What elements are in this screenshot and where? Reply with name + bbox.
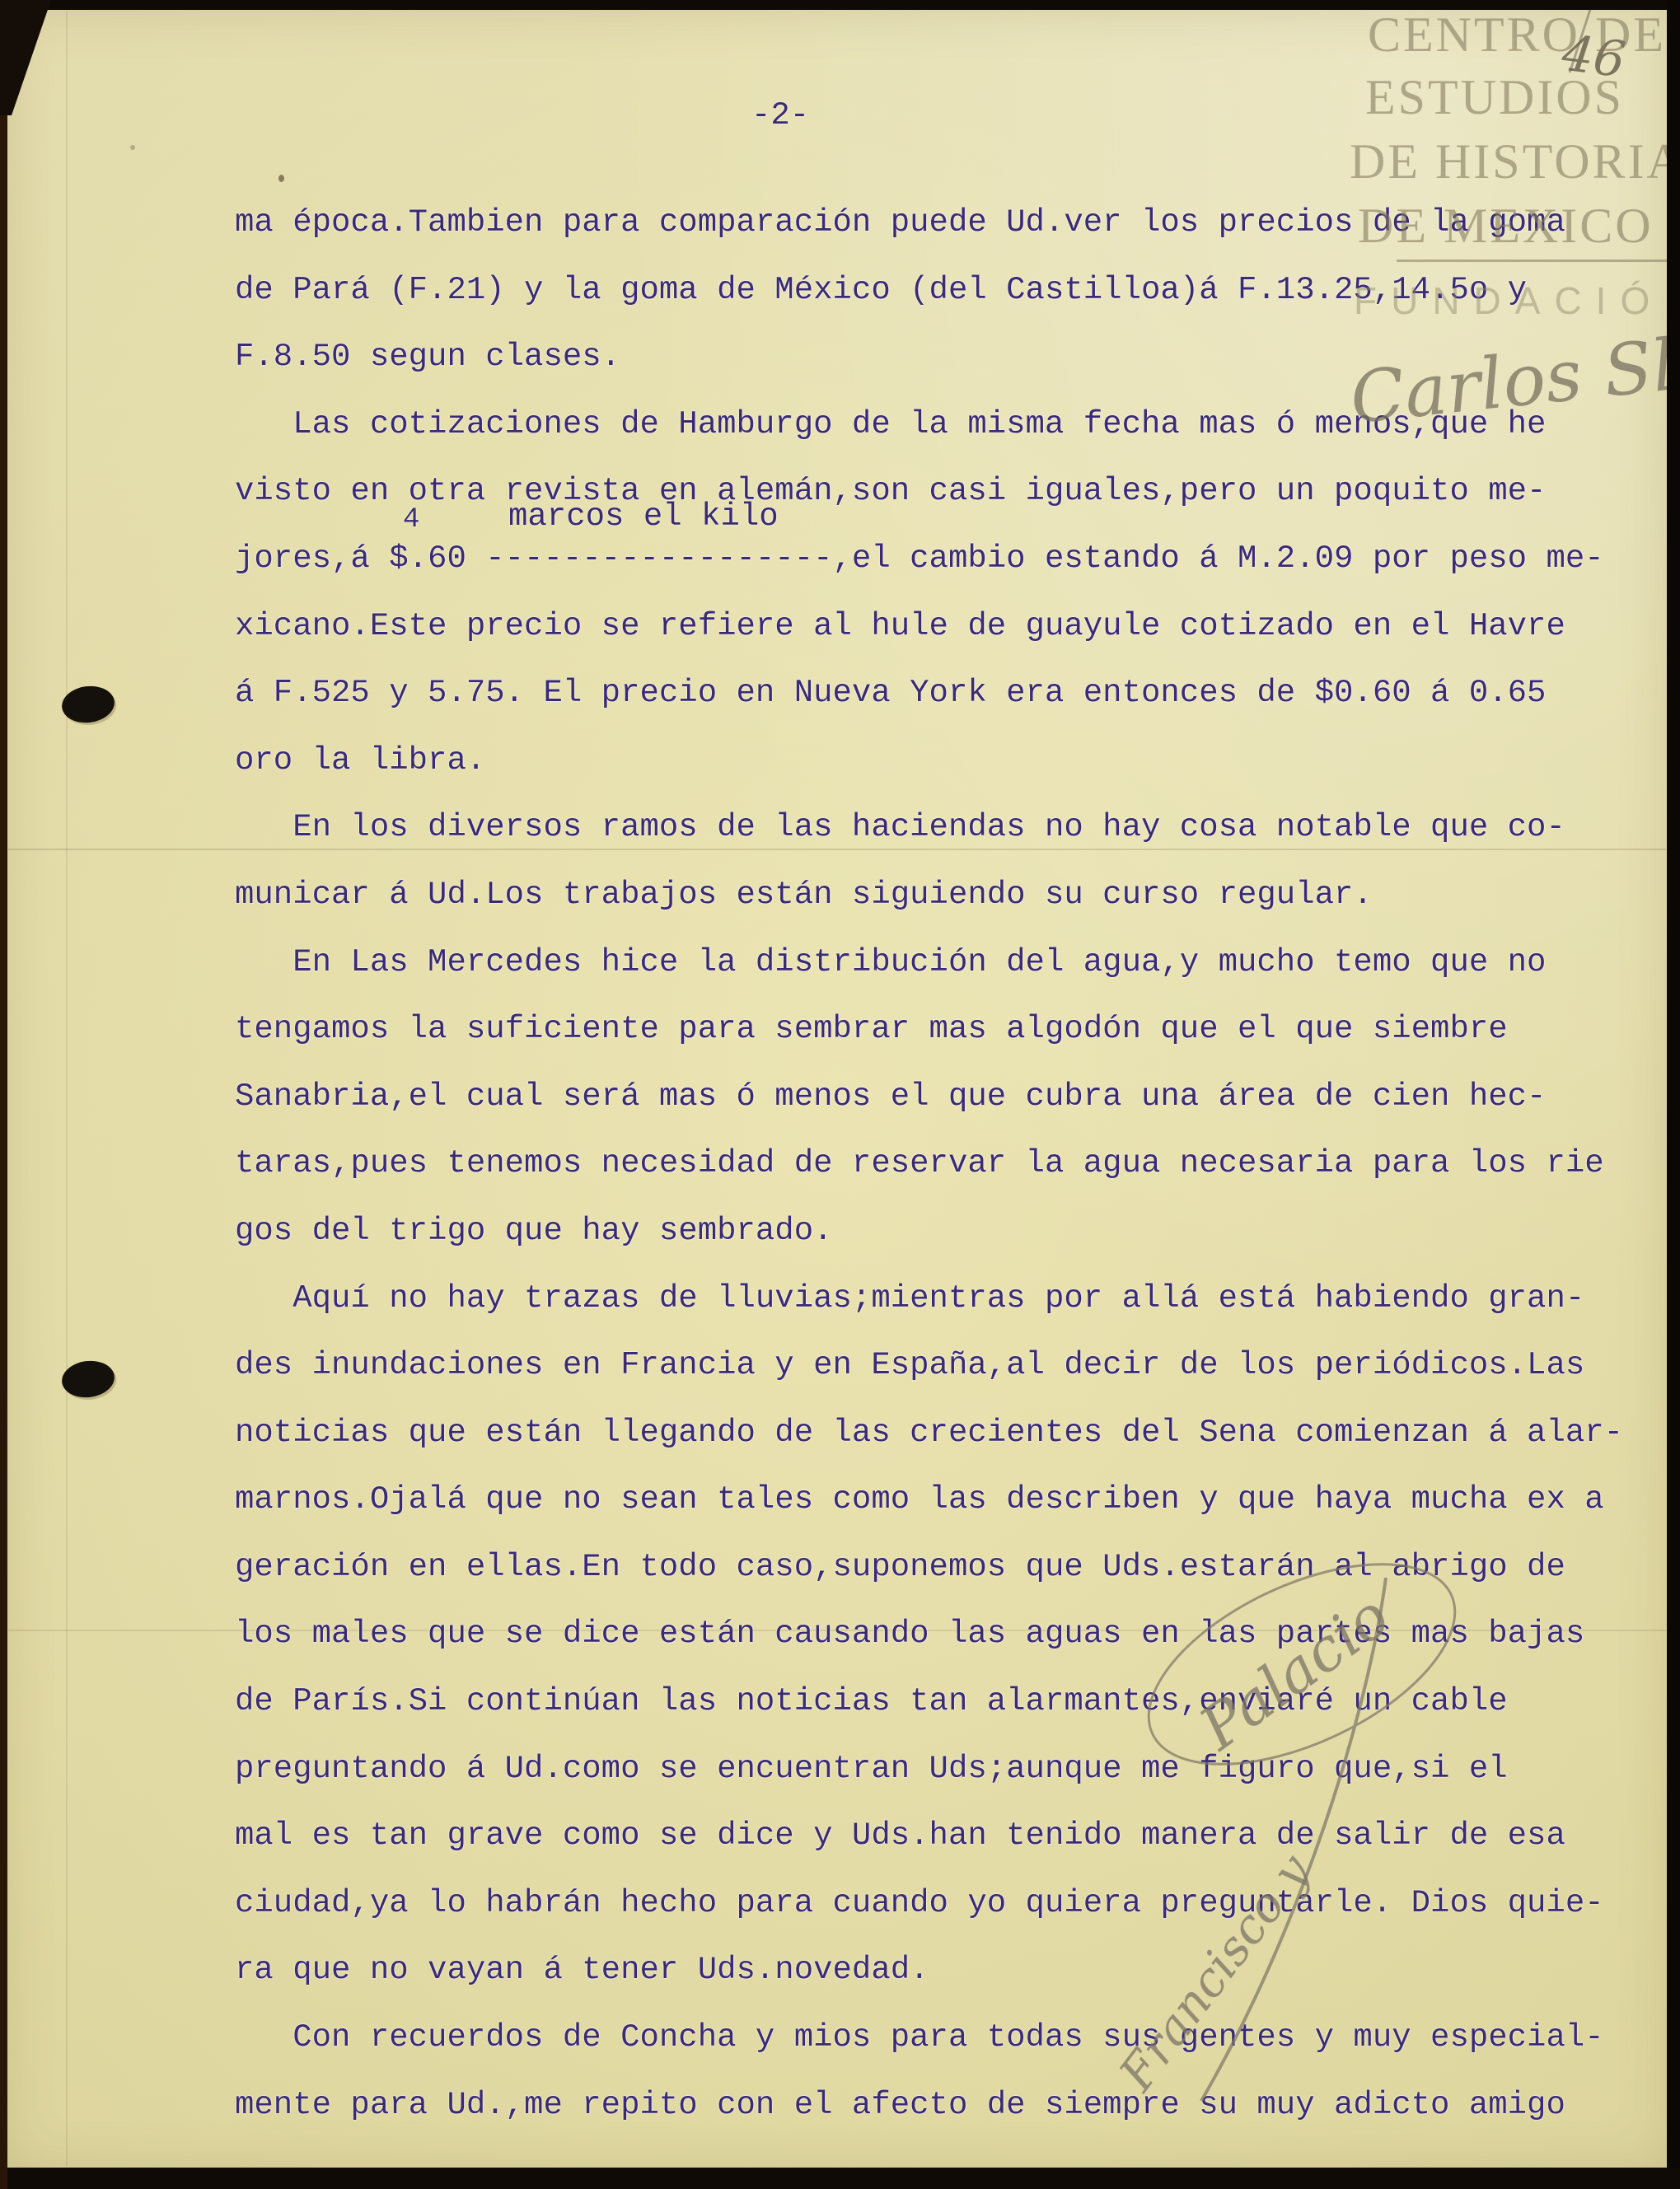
interlinear-superscript: 4	[403, 504, 419, 536]
typed-line: á F.525 y 5.75. El precio en Nueva York …	[235, 660, 1668, 727]
watermark-rule	[1397, 260, 1674, 262]
page-number: -2-	[751, 97, 809, 133]
signature-forename: Francisco y	[1108, 1843, 1322, 2102]
typed-line: gos del trigo que hay sembrado.	[235, 1198, 1668, 1265]
typed-line: En Las Mercedes hice la distribución del…	[235, 929, 1668, 997]
scan-edge-right	[1667, 0, 1680, 2189]
scanned-letter-page: -2- ma época.Tambien para comparación pu…	[0, 0, 1680, 2189]
typed-line: tengamos la suficiente para sembrar mas …	[235, 996, 1668, 1064]
interlinear-note: marcos el kilo	[508, 498, 779, 535]
typed-line: noticias que están llegando de las creci…	[235, 1400, 1668, 1467]
watermark-line-3: DE HISTORIA	[1350, 133, 1680, 190]
typed-line: jores,á $.60 ------------------,el cambi…	[235, 526, 1668, 593]
typed-line: Aquí no hay trazas de lluvias;mientras p…	[235, 1265, 1668, 1333]
typed-line: xicano.Este precio se refiere al hule de…	[235, 593, 1668, 661]
watermark-line-4: DE MEXICO	[1358, 198, 1654, 255]
typed-line: taras,pues tenemos necesidad de reservar…	[235, 1130, 1668, 1198]
paper-speck	[130, 145, 135, 150]
scan-edge-left	[0, 0, 7, 2189]
typed-line: municar á Ud.Los trabajos están siguiend…	[235, 862, 1668, 929]
typed-line: des inundaciones en Francia y en España,…	[235, 1332, 1668, 1400]
typed-line: En los diversos ramos de las haciendas n…	[235, 794, 1668, 862]
typed-line: visto en otra revista en alemán,son casi…	[235, 458, 1668, 526]
paper-speck	[278, 175, 284, 182]
typed-line: Sanabria,el cual será mas ó menos el que…	[235, 1064, 1668, 1131]
watermark-line-2: ESTUDIOS	[1365, 69, 1624, 126]
watermark-line-1: CENTRO DE	[1368, 7, 1666, 63]
scan-edge-top	[0, 0, 1680, 10]
margin-fold-line	[66, 12, 68, 2166]
scan-edge-bottom	[0, 2168, 1680, 2189]
typed-line: oro la libra.	[235, 727, 1668, 795]
handwritten-signature: Palacio Francisco y	[1030, 1499, 1491, 2126]
watermark-foundation: FUNDACIÓN	[1354, 278, 1680, 323]
